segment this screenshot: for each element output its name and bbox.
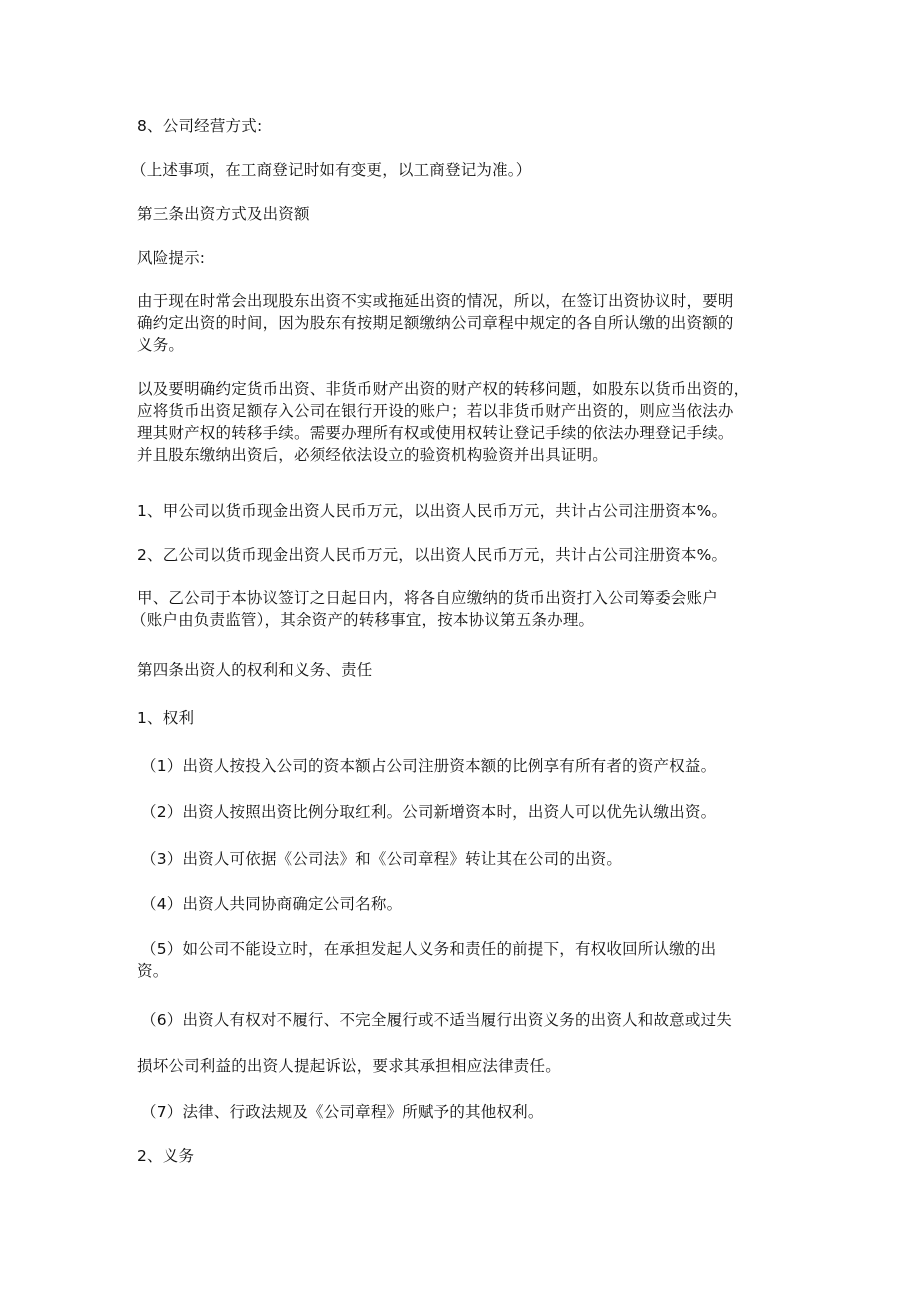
text-line: 应将货币出资足额存入公司在银行开设的账户；若以非货币财产出资的，则应当依法办 [137, 400, 797, 422]
text-line: 以及要明确约定货币出资、非货币财产出资的财产权的转移问题，如股东以货币出资的， [137, 378, 797, 400]
contribution-company-b: 2、乙公司以货币现金出资人民币万元，以出资人民币万元，共计占公司注册资本%。 [137, 544, 727, 566]
contribution-company-a: 1、甲公司以货币现金出资人民币万元，以出资人民币万元，共计占公司注册资本%。 [137, 500, 727, 522]
text-line: 确约定出资的时间，因为股东有按期足额缴纳公司章程中规定的各自所认缴的出资额的 [137, 312, 797, 334]
rights-title: 1、权利 [137, 707, 194, 729]
right-item-7: （7）法律、行政法规及《公司章程》所赋予的其他权利。 [141, 1101, 544, 1123]
right-item-6-line-2: 损坏公司利益的出资人提起诉讼，要求其承担相应法律责任。 [137, 1055, 561, 1077]
text-line: （账户由负责监管），其余资产的转移事宜，按本协议第五条办理。 [131, 609, 797, 631]
text-line: 甲、乙公司于本协议签订之日起日内，将各自应缴纳的货币出资打入公司筹委会账户 [137, 587, 797, 609]
right-item-1: （1）出资人按投入公司的资本额占公司注册资本额的比例享有所有者的资产权益。 [141, 755, 716, 777]
text-line: （5）如公司不能设立时，在承担发起人义务和责任的前提下，有权收回所认缴的出 [141, 938, 797, 960]
risk-paragraph-1: 由于现在时常会出现股东出资不实或拖延出资的情况，所以，在签订出资协议时，要明 确… [137, 290, 797, 356]
text-line: 义务。 [137, 334, 797, 356]
risk-paragraph-2: 以及要明确约定货币出资、非货币财产出资的财产权的转移问题，如股东以货币出资的， … [137, 378, 797, 466]
right-item-4: （4）出资人共同协商确定公司名称。 [141, 893, 402, 915]
right-item-5: （5）如公司不能设立时，在承担发起人义务和责任的前提下，有权收回所认缴的出 资。 [137, 938, 797, 982]
transfer-paragraph: 甲、乙公司于本协议签订之日起日内，将各自应缴纳的货币出资打入公司筹委会账户 （账… [137, 587, 797, 631]
text-line: 由于现在时常会出现股东出资不实或拖延出资的情况，所以，在签订出资协议时，要明 [137, 290, 797, 312]
article-3-title: 第三条出资方式及出资额 [137, 203, 310, 225]
item-8-business-mode: 8、公司经营方式: [137, 115, 262, 137]
right-item-6-line-1: （6）出资人有权对不履行、不完全履行或不适当履行出资义务的出资人和故意或过失 [141, 1009, 732, 1031]
text-line: 并且股东缴纳出资后，必须经依法设立的验资机构验资并出具证明。 [137, 444, 797, 466]
text-line: 理其财产权的转移手续。需要办理所有权或使用权转让登记手续的依法办理登记手续。 [137, 422, 797, 444]
text-line: 资。 [137, 960, 797, 982]
right-item-2: （2）出资人按照出资比例分取红利。公司新增资本时，出资人可以优先认缴出资。 [141, 801, 716, 823]
document-page: 8、公司经营方式: （上述事项，在工商登记时如有变更，以工商登记为准。） 第三条… [0, 0, 920, 1301]
registration-note: （上述事项，在工商登记时如有变更，以工商登记为准。） [131, 159, 531, 181]
article-4-title: 第四条出资人的权利和义务、责任 [137, 659, 373, 681]
duties-title: 2、义务 [137, 1145, 194, 1167]
risk-warning-label: 风险提示: [137, 247, 205, 269]
right-item-3: （3）出资人可依据《公司法》和《公司章程》转让其在公司的出资。 [141, 848, 622, 870]
